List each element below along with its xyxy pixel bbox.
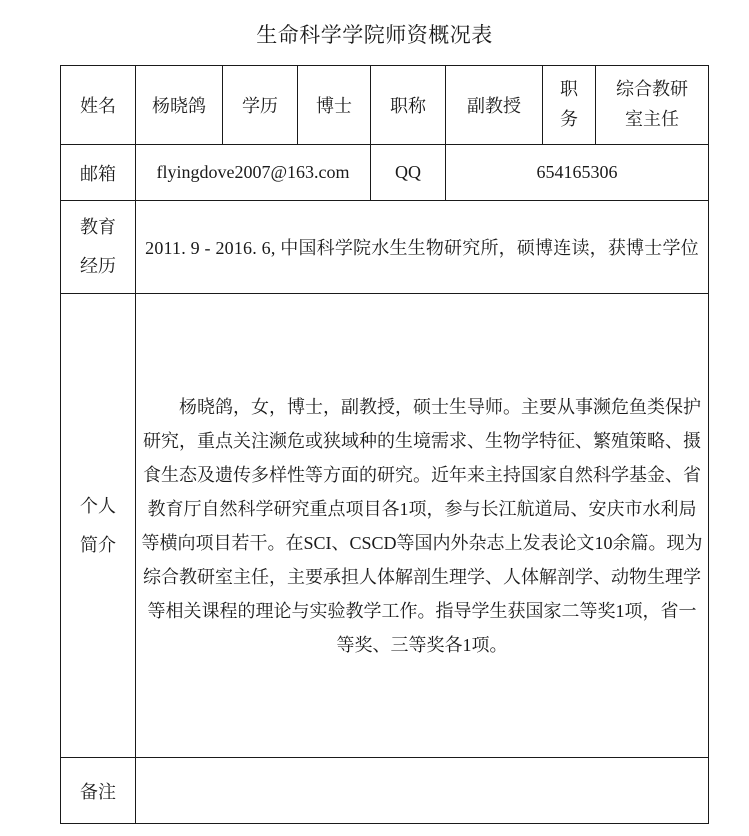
position-value: 综合教研 室主任 bbox=[596, 66, 709, 145]
email-label: 邮箱 bbox=[61, 145, 136, 201]
qq-value: 654165306 bbox=[446, 145, 709, 201]
qq-label: QQ bbox=[371, 145, 446, 201]
remarks-value bbox=[136, 758, 709, 824]
table-row-education: 教育 经历 2011. 9 - 2016. 6, 中国科学院水生生物研究所，硕博… bbox=[61, 201, 709, 294]
email-value: flyingdove2007@163.com bbox=[136, 145, 371, 201]
degree-value: 博士 bbox=[298, 66, 371, 145]
document-page: 生命科学学院师资概况表 姓名 杨晓鸽 学历 博士 职称 副教授 职 务 综合教研… bbox=[0, 0, 749, 836]
table-row-remarks: 备注 bbox=[61, 758, 709, 824]
bio-value: 杨晓鸽，女，博士，副教授，硕士生导师。主要从事濒危鱼类保护研究，重点关注濒危或狭… bbox=[136, 294, 709, 758]
professional-title-label: 职称 bbox=[371, 66, 446, 145]
table-row-bio: 个人 简介 杨晓鸽，女，博士，副教授，硕士生导师。主要从事濒危鱼类保护研究，重点… bbox=[61, 294, 709, 758]
page-title: 生命科学学院师资概况表 bbox=[0, 19, 749, 49]
faculty-profile-table: 姓名 杨晓鸽 学历 博士 职称 副教授 职 务 综合教研 室主任 邮箱 flyi… bbox=[60, 65, 709, 824]
professional-title-value: 副教授 bbox=[446, 66, 543, 145]
name-value: 杨晓鸽 bbox=[136, 66, 223, 145]
education-value: 2011. 9 - 2016. 6, 中国科学院水生生物研究所，硕博连读，获博士… bbox=[136, 201, 709, 294]
table-row-basic-info: 姓名 杨晓鸽 学历 博士 职称 副教授 职 务 综合教研 室主任 bbox=[61, 66, 709, 145]
degree-label: 学历 bbox=[223, 66, 298, 145]
remarks-label: 备注 bbox=[61, 758, 136, 824]
position-label: 职 务 bbox=[543, 66, 596, 145]
education-label: 教育 经历 bbox=[61, 201, 136, 294]
bio-label: 个人 简介 bbox=[61, 294, 136, 758]
name-label: 姓名 bbox=[61, 66, 136, 145]
table-row-contact: 邮箱 flyingdove2007@163.com QQ 654165306 bbox=[61, 145, 709, 201]
